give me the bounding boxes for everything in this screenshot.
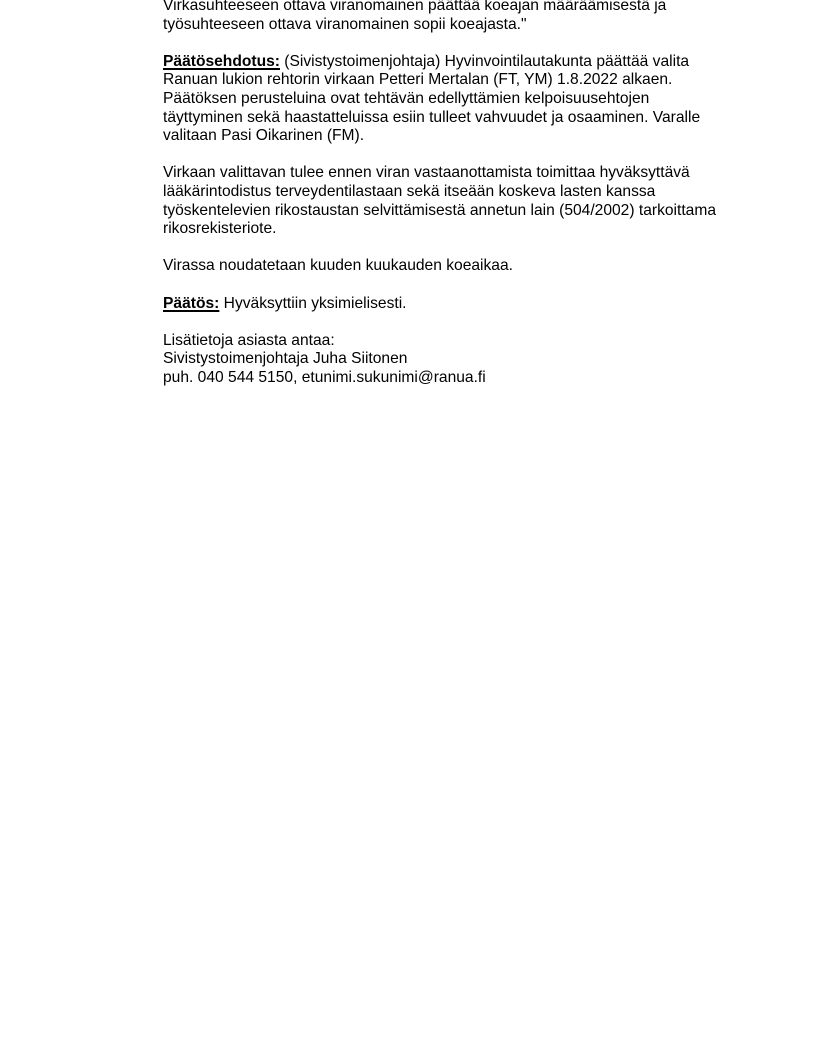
requirements-paragraph: Virkaan valittavan tulee ennen viran vas… xyxy=(163,164,763,238)
contact-person: Sivistystoimenjohtaja Juha Siitonen xyxy=(163,350,763,369)
proposal-text: (Sivistystoimenjohtaja) Hyvinvointilauta… xyxy=(280,53,689,70)
text-line: Päätös: Hyväksyttiin yksimielisesti. xyxy=(163,295,763,314)
intro-paragraph: Virkasuhteeseen ottava viranomainen päät… xyxy=(163,0,763,34)
decision-label: Päätös: xyxy=(163,295,219,312)
text-line: Virkasuhteeseen ottava viranomainen päät… xyxy=(163,0,763,16)
decision-text: Hyväksyttiin yksimielisesti. xyxy=(219,295,406,312)
text-line: Ranuan lukion rehtorin virkaan Petteri M… xyxy=(163,71,763,90)
text-line: rikosrekisteriote. xyxy=(163,220,763,239)
contact-paragraph: Lisätietoja asiasta antaa: Sivistystoime… xyxy=(163,332,763,388)
decision-paragraph: Päätös: Hyväksyttiin yksimielisesti. xyxy=(163,295,763,314)
text-line: Päätösehdotus: (Sivistystoimenjohtaja) H… xyxy=(163,53,763,72)
text-line: valitaan Pasi Oikarinen (FM). xyxy=(163,127,763,146)
contact-details: puh. 040 544 5150, etunimi.sukunimi@ranu… xyxy=(163,369,763,388)
text-line: työsuhteeseen ottava viranomainen sopii … xyxy=(163,16,763,35)
text-line: Päätöksen perusteluina ovat tehtävän ede… xyxy=(163,90,763,109)
text-line: Virkaan valittavan tulee ennen viran vas… xyxy=(163,164,763,183)
text-line: täyttyminen sekä haastatteluissa esiin t… xyxy=(163,109,763,128)
proposal-paragraph: Päätösehdotus: (Sivistystoimenjohtaja) H… xyxy=(163,53,763,146)
proposal-label: Päätösehdotus: xyxy=(163,53,280,70)
text-line: Virassa noudatetaan kuuden kuukauden koe… xyxy=(163,257,763,276)
text-line: Lisätietoja asiasta antaa: xyxy=(163,332,763,351)
text-line: lääkärintodistus terveydentilastaan sekä… xyxy=(163,183,763,202)
probation-paragraph: Virassa noudatetaan kuuden kuukauden koe… xyxy=(163,257,763,276)
document-page: Virkasuhteeseen ottava viranomainen päät… xyxy=(163,0,763,406)
text-line: työskentelevien rikostaustan selvittämis… xyxy=(163,202,763,221)
